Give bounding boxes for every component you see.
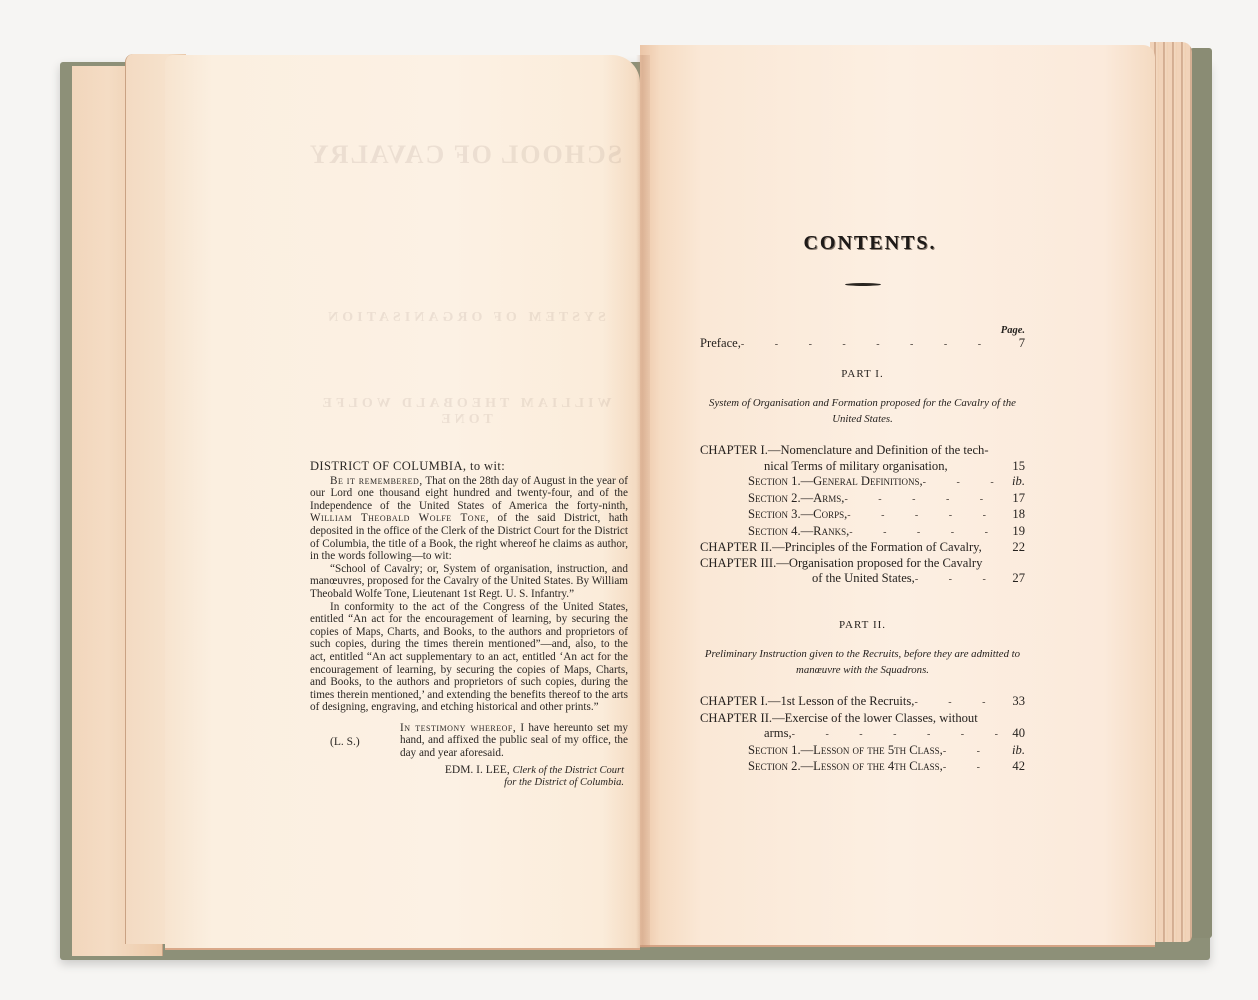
toc-page: 22 [1001, 540, 1025, 556]
toc-entry: Section 1.—Lesson of the 5th Class, - - … [700, 743, 1025, 760]
toc-label: Section 3.—Corps, [748, 507, 847, 523]
toc-entry: CHAPTER I.—1st Lesson of the Recruits, -… [700, 694, 1025, 711]
dot-leader: - - - - - - - - - - [792, 727, 1001, 743]
toc-page: 33 [1001, 694, 1025, 710]
toc-page: 27 [1001, 571, 1025, 587]
toc-label: arms, [764, 726, 792, 742]
toc-label: CHAPTER II.—Principles of the Formation … [700, 540, 982, 556]
toc-entry: Preface, - - - - - - - - - - 7 [700, 336, 1025, 353]
page-title: CONTENTS. [790, 232, 950, 255]
toc-entry-continuation: arms, - - - - - - - - - - 40 [700, 726, 1025, 743]
toc-label: Preface, [700, 336, 741, 352]
part-heading: PART II. [700, 618, 1025, 634]
dot-leader: - - - - - - - - - - [943, 744, 1001, 760]
dot-leader: - - - - - - - - - - [923, 475, 1001, 491]
toc-page: ib. [1001, 474, 1025, 490]
toc-label: CHAPTER I.—1st Lesson of the Recruits, [700, 694, 914, 710]
page-column-header: Page. [700, 325, 1025, 336]
toc-page: 15 [1001, 459, 1025, 475]
copyright-paragraph: Be it remembered, That on the 28th day o… [310, 475, 628, 563]
bleed-through-text: SCHOOL OF CAVALRY SYSTEM OF ORGANISATION… [300, 140, 630, 428]
toc-entry: CHAPTER I.—Nomenclature and Definition o… [700, 443, 1025, 459]
toc-label: nical Terms of military organisation, [764, 459, 948, 475]
toc-label: of the United States, [812, 571, 915, 587]
toc-page: 40 [1001, 726, 1025, 742]
conformity-paragraph: In conformity to the act of the Congress… [310, 601, 628, 714]
toc-entry: CHAPTER II.—Principles of the Formation … [700, 540, 1025, 556]
part-heading: PART I. [700, 367, 1025, 383]
clerk-signature: EDM. I. LEE, Clerk of the District Court… [310, 764, 628, 790]
toc-label: CHAPTER I.—Nomenclature and Definition o… [700, 443, 989, 459]
toc-page: 7 [1001, 336, 1025, 352]
toc-entry: Section 1.—General Definitions, - - - - … [700, 474, 1025, 491]
clerk-title: for the District of Columbia. [310, 777, 624, 790]
clerk-title: Clerk of the District Court [513, 765, 624, 776]
ornamental-rule [845, 283, 881, 286]
toc-entry-continuation: of the United States, - - - - - - - - - … [700, 571, 1025, 588]
toc-entry: Section 2.—Arms, - - - - - - - - - - 17 [700, 491, 1025, 508]
clerk-name: EDM. I. LEE, [445, 764, 510, 776]
toc-entry: CHAPTER III.—Organisation proposed for t… [700, 556, 1025, 572]
dot-leader: - - - - - - - - - - [741, 337, 1001, 353]
toc-label: Section 1.—Lesson of the 5th Class, [748, 743, 943, 759]
toc-page: 17 [1001, 491, 1025, 507]
toc-entry-continuation: nical Terms of military organisation, 15 [700, 459, 1025, 475]
dot-leader: - - - - - - - - - - [943, 760, 1001, 776]
part-description: Preliminary Instruction given to the Rec… [700, 647, 1025, 678]
toc-entry: CHAPTER II.—Exercise of the lower Classe… [700, 711, 1025, 727]
lead-words: In testimony whereof, [400, 722, 516, 734]
toc-label: CHAPTER III.—Organisation proposed for t… [700, 556, 982, 572]
lead-words: Be it remembered, [330, 475, 423, 487]
dot-leader: - - - - - - - - - - [915, 572, 1001, 588]
copyright-notice: DISTRICT OF COLUMBIA, to wit: Be it reme… [310, 460, 628, 790]
book-title-quote: “School of Cavalry; or, System of organi… [310, 563, 628, 601]
bleed-line: SCHOOL OF CAVALRY [300, 140, 630, 170]
book-cover-edge [1190, 48, 1212, 938]
toc-label: Section 4.—Ranks, [748, 524, 849, 540]
testimony-text: In testimony whereof, I have hereunto se… [400, 722, 628, 760]
toc-page: 42 [1001, 759, 1025, 775]
testimony-block: (L. S.) In testimony whereof, I have her… [310, 722, 628, 760]
toc-page: ib. [1001, 743, 1025, 759]
dot-leader: - - - - - - - - - - [914, 695, 1001, 711]
toc-label: Section 2.—Lesson of the 4th Class, [748, 759, 943, 775]
toc-page: 19 [1001, 524, 1025, 540]
toc-entry: Section 4.—Ranks, - - - - - - - - - - 19 [700, 524, 1025, 541]
district-heading: DISTRICT OF COLUMBIA, to wit: [310, 460, 628, 473]
bleed-line: SYSTEM OF ORGANISATION [300, 310, 630, 326]
toc-label: Section 1.—General Definitions, [748, 474, 923, 490]
dot-leader: - - - - - - - - - - [847, 508, 1001, 524]
dot-leader: - - - - - - - - - - [844, 492, 1001, 508]
toc-entry: Section 2.—Lesson of the 4th Class, - - … [700, 759, 1025, 776]
seal-mark: (L. S.) [310, 722, 400, 760]
book-gutter [636, 55, 650, 948]
toc-page: 18 [1001, 507, 1025, 523]
dot-leader: - - - - - - - - - - [849, 525, 1001, 541]
author-name: William Theobald Wolfe Tone, [310, 512, 489, 524]
toc-label: CHAPTER II.—Exercise of the lower Classe… [700, 711, 978, 727]
toc-label: Section 2.—Arms, [748, 491, 844, 507]
part-description: System of Organisation and Formation pro… [700, 396, 1025, 427]
toc-entry: Section 3.—Corps, - - - - - - - - - - 18 [700, 507, 1025, 524]
bleed-line: WILLIAM THEOBALD WOLFE TONE [300, 396, 630, 428]
right-page-stack [1150, 42, 1192, 942]
table-of-contents: Page. Preface, - - - - - - - - - - 7 PAR… [700, 325, 1025, 776]
